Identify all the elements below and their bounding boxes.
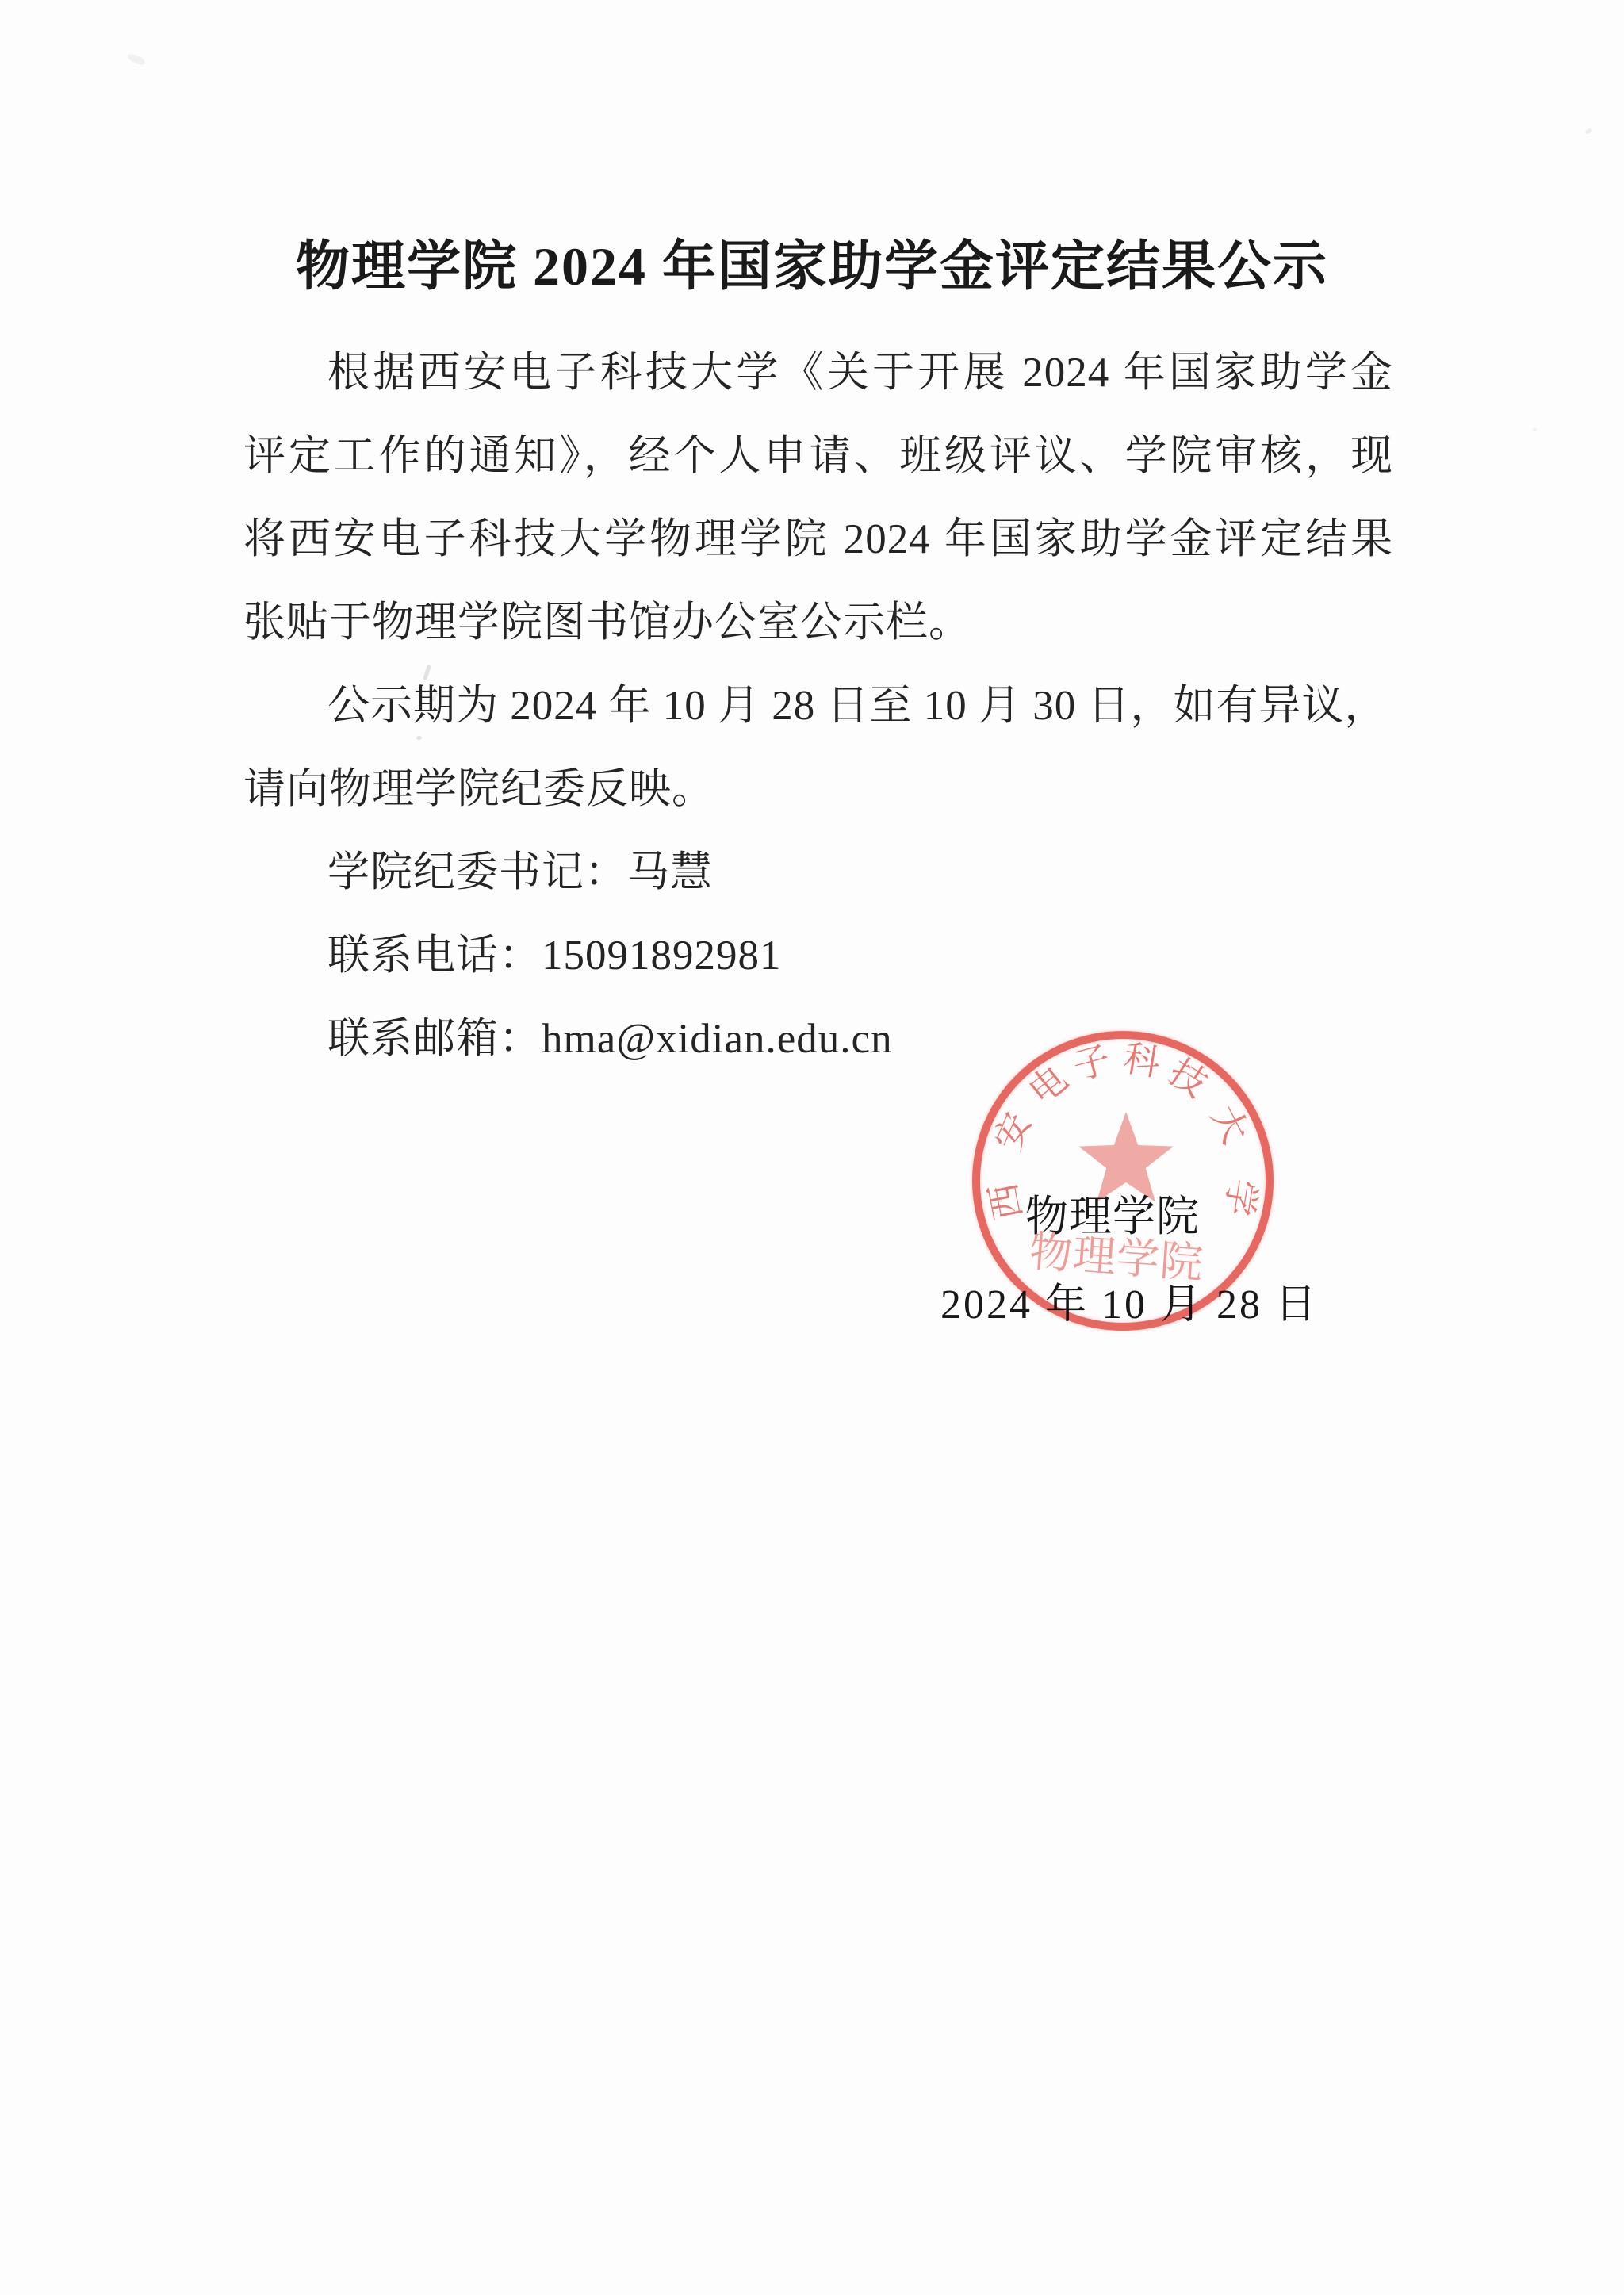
document-body: 根据西安电子科技大学《关于开展 2024 年国家助学金 评定工作的通知》，经个人… (243, 331, 1393, 1081)
body-line-5: 公示期为 2024 年 10 月 28 日至 10 月 30 日，如有异议， (243, 665, 1393, 748)
document-title: 物理学院 2024 年国家助学金评定结果公示 (0, 224, 1624, 301)
scanned-notice-page: 物理学院 2024 年国家助学金评定结果公示 根据西安电子科技大学《关于开展 2… (0, 0, 1624, 2295)
scan-artifact (126, 52, 147, 67)
seal-arc-char: 学 (1219, 1176, 1262, 1220)
scan-artifact (1584, 128, 1592, 135)
body-line-1: 根据西安电子科技大学《关于开展 2024 年国家助学金 (243, 331, 1393, 415)
contact-secretary: 学院纪委书记：马慧 (243, 831, 1393, 914)
contact-phone: 联系电话：15091892981 (243, 914, 1393, 998)
seal-arc-char: 科 (1120, 1040, 1164, 1083)
body-line-4: 张贴于物理学院图书馆办公室公示栏。 (243, 581, 1393, 665)
official-seal: 西 安 电 子 科 技 大 学 物理学院 (972, 1031, 1274, 1331)
body-line-3: 将西安电子科技大学物理学院 2024 年国家助学金评定结果 (243, 498, 1393, 581)
star-icon (1074, 1110, 1178, 1213)
body-line-2: 评定工作的通知》，经个人申请、班级评议、学院审核，现 (243, 415, 1393, 498)
seal-arc-char: 西 (984, 1179, 1028, 1224)
body-line-6: 请向物理学院纪委反映。 (243, 748, 1393, 831)
scan-artifact (1533, 428, 1537, 431)
